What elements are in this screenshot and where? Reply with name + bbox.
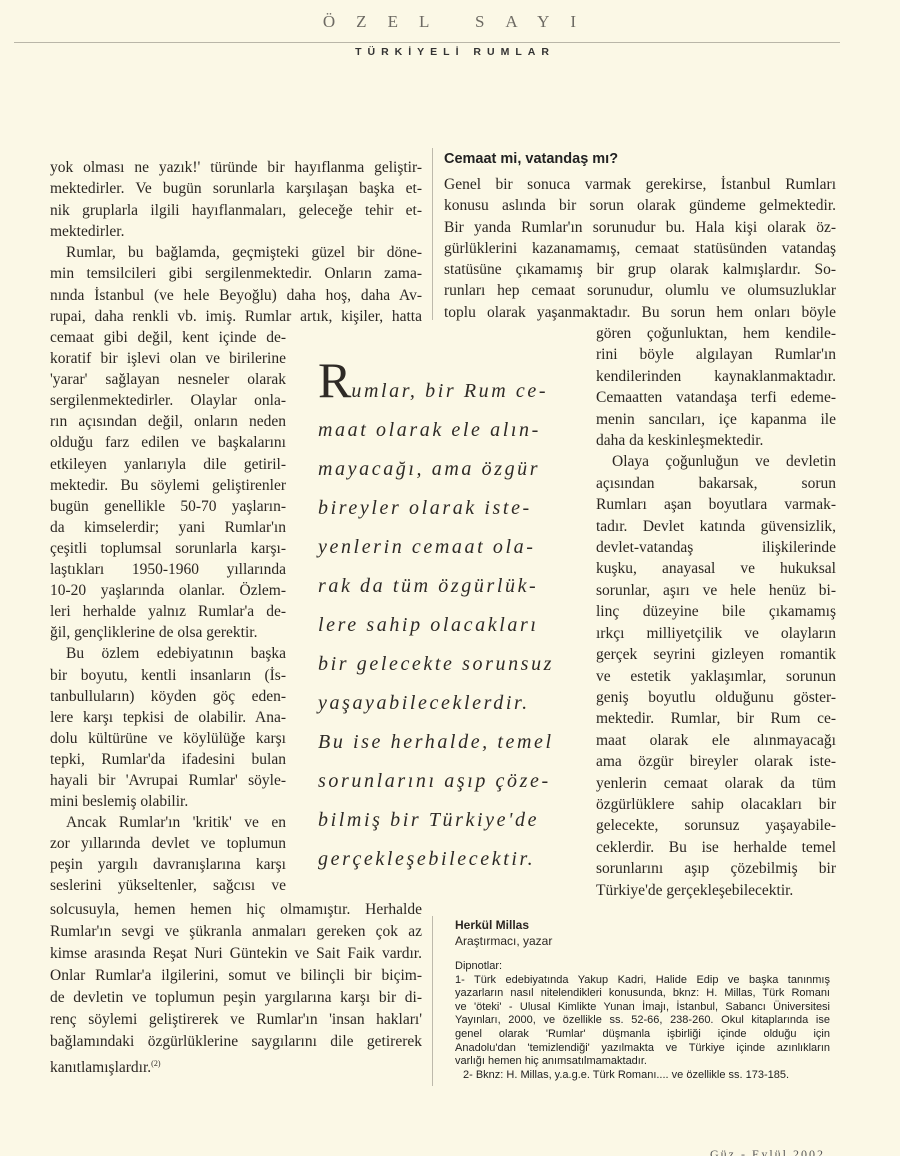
text-line: Bir yanda Rumlar'ın sorunudur bu. Hala k…: [444, 217, 836, 238]
pull-quote-line: yaşayabileceklerdir.: [318, 684, 576, 723]
text-line: mektedirler.: [50, 221, 422, 242]
text-line: kimse arasında Reşat Nuri Güntekin ve Sa…: [50, 943, 422, 965]
pull-quote-line: maat olarak ele alın-: [318, 411, 576, 450]
pull-quote-line: Bu ise herhalde, temel: [318, 723, 576, 762]
pull-quote-line: yenlerin cemaat ola-: [318, 528, 576, 567]
text-line: devlet-vatandaş ilişkilerinde: [596, 537, 836, 558]
text-line-last: kanıtlamışlardır.: [50, 1059, 151, 1076]
text-line: Bu özlem edebiyatının başka: [50, 643, 286, 664]
text-line: özgürlüklere sahip olacakları bir: [596, 794, 836, 815]
text-line: mektedir. Rumlar, bir Rum ce-: [596, 708, 836, 729]
footnote-line: Yayınları, 2000, ve özellikle ss. 52-66,…: [455, 1014, 830, 1028]
text-line: tepki, Rumlar'da ifadesini bulan: [50, 749, 286, 770]
text-line: geniş boyutlu olduğunu göster-: [596, 687, 836, 708]
text-line: kanıtlamışlardır.(2): [50, 1053, 422, 1079]
left-column-top: yok olması ne yazık!' türünde bir hayıfl…: [50, 157, 422, 327]
text-line: nik gruplarla ilgili hayıflanmaları, gel…: [50, 200, 422, 221]
text-line: ğil, gençliklerine de olsa gerektir.: [50, 622, 286, 643]
text-line: yenlerin cemaat olarak da tüm: [596, 773, 836, 794]
footnote-line: ve 'öteki' - Ulusal Kimlikte Yunan İmajı…: [455, 1001, 830, 1015]
text-line: açısından bakarsak, sorun: [596, 473, 836, 494]
section-subtitle: TÜRKİYELİ RUMLAR: [0, 46, 900, 58]
text-line: menin sancıları, içe kapanma ile: [596, 409, 836, 430]
pull-quote-line: lere sahip olacakları: [318, 606, 576, 645]
text-line: Onlar Rumlar'a ilgilerini, somut ve bili…: [50, 965, 422, 987]
text-line: rupai, daha renkli vb. imiş. Rumlar artı…: [50, 306, 422, 327]
text-line: da kimselerdir; yani Rumlar'ın: [50, 517, 286, 538]
footnotes: Dipnotlar: 1- Türk edebiyatında Yakup Ka…: [455, 960, 830, 1082]
text-line: linç düzeyine bile çıkamamış: [596, 601, 836, 622]
text-line: zor yıllarında devlet ve toplumun: [50, 833, 286, 854]
text-line: Genel bir sonuca varmak gerekirse, İstan…: [444, 174, 836, 195]
text-line: çeşitli toplumsal sorunlarla karşı-: [50, 538, 286, 559]
text-line: yok olması ne yazık!' türünde bir hayıfl…: [50, 157, 422, 178]
pull-quote-line: gerçekleşebilecektir.: [318, 840, 576, 879]
text-line: hayali bir 'Avrupai Rumlar' söyle-: [50, 770, 286, 791]
footnote-line: 1- Türk edebiyatında Yakup Kadri, Halide…: [455, 974, 830, 988]
text-line: ve estetik yaklaşımlar, sorunun: [596, 666, 836, 687]
text-line: gürlüklerini kazanamamış, cemaat statüsü…: [444, 238, 836, 259]
author-role: Araştırmacı, yazar: [455, 934, 552, 948]
text-line: Olaya çoğunluğun ve devletin: [596, 451, 836, 472]
text-line: dolu kültürüne ve köylülüğe karşı: [50, 728, 286, 749]
text-line: mektedir. Bu söylemi geliştirenler: [50, 475, 286, 496]
text-line: solcusuyla, hemen hemen hiç olmamıştır. …: [50, 899, 422, 921]
footnote-line: genel olarak 'Rumlar' düşmanla işbirliği…: [455, 1028, 830, 1042]
header-divider: [14, 42, 840, 43]
text-line: statüsüne çıkamamış bir grup olarak kalm…: [444, 259, 836, 280]
text-line: mini beslemiş olabilir.: [50, 791, 286, 812]
pull-quote-line: rak da tüm özgürlük-: [318, 567, 576, 606]
left-column-bottom: solcusuyla, hemen hemen hiç olmamıştır. …: [50, 899, 422, 1079]
section-title: ÖZEL SAYI: [0, 12, 900, 32]
section-heading: Cemaat mi, vatandaş mı?: [444, 151, 618, 167]
text-line: Ancak Rumlar'ın 'kritik' ve en: [50, 812, 286, 833]
column-divider-bottom: [432, 916, 433, 1086]
pull-quote-line: bilmiş bir Türkiye'de: [318, 801, 576, 840]
text-line: gelecekte, sorunsuz yaşayabile-: [596, 815, 836, 836]
text-line: nında İstanbul (ve hele Beyoğlu) daha ho…: [50, 285, 422, 306]
author-name: Herkül Millas: [455, 918, 552, 932]
footnote-line: 2- Bknz: H. Millas, y.a.g.e. Türk Romanı…: [455, 1069, 830, 1083]
text-line: runları hep cemaat sorunudur, olumlu ve …: [444, 280, 836, 301]
footnote-line: Anadolu'dan 'temizlendiği' yazılmakta ve…: [455, 1042, 830, 1056]
text-line: sorunlar, aşırı ve hele henüz bi-: [596, 580, 836, 601]
byline: Herkül Millas Araştırmacı, yazar: [455, 918, 552, 948]
text-line: seslerini yükseltenler, sağcısı ve: [50, 875, 286, 896]
text-line: ceklerdir. Bu ise herhalde temel: [596, 837, 836, 858]
text-line: cemaat gibi değil, kent içinde de-: [50, 327, 286, 348]
text-line: mektedirler. Ve bugün sorunlarla karşıla…: [50, 178, 422, 199]
text-line: Rumları aşan boyutlara varmak-: [596, 494, 836, 515]
left-column-narrow: cemaat gibi değil, kent içinde de- korat…: [50, 327, 286, 897]
text-line: tadır. Devlet katında güvensizlik,: [596, 516, 836, 537]
column-divider-top: [432, 148, 433, 320]
pull-quote: Rumlar, bir Rum ce- maat olarak ele alın…: [318, 360, 576, 879]
pull-quote-line: mayacağı, ama özgür: [318, 450, 576, 489]
text-line: kendilerinden kaynaklanmaktadır.: [596, 366, 836, 387]
text-line: rın açısından değil, onların neden: [50, 411, 286, 432]
pull-quote-first-line: umlar, bir Rum ce-: [351, 380, 548, 402]
text-line: ırkçı milliyetçilik ve olayların: [596, 623, 836, 644]
text-line: daha da keskinleşmektedir.: [596, 430, 836, 451]
footnotes-heading: Dipnotlar:: [455, 960, 830, 974]
footnote-line: varlığı hemen hiç anımsatılmamaktadır.: [455, 1055, 830, 1069]
text-line: bir boyutu, kentli insanların (İs-: [50, 665, 286, 686]
text-line: bağlamındaki özgürlüklerine saygılarını …: [50, 1031, 422, 1053]
text-line: gören çoğunluktan, hem kendile-: [596, 323, 836, 344]
text-line: rini böyle algılayan Rumlar'ın: [596, 344, 836, 365]
footnote-ref[interactable]: (2): [151, 1059, 160, 1068]
text-line: kuşku, anayasal ve hukuksal: [596, 558, 836, 579]
text-line: min temsilcileri gibi sergilenmektedir. …: [50, 263, 422, 284]
right-column-top: Genel bir sonuca varmak gerekirse, İstan…: [444, 174, 836, 323]
text-line: Rumlar'ın sevgi ve şükranla anmaları ger…: [50, 921, 422, 943]
text-line: Cemaatten vatandaşa terfi edeme-: [596, 387, 836, 408]
text-line: leri herhalde yalnız Rumlar'a de-: [50, 601, 286, 622]
text-line: konusu aslında bir sorun olarak gündeme …: [444, 195, 836, 216]
text-line: laştıkları 1950-1960 yıllarında: [50, 559, 286, 580]
text-line: etkileyen yanlarıyla dile getiril-: [50, 454, 286, 475]
text-line: ama özgür bireyler olarak iste-: [596, 751, 836, 772]
text-line: bugün genellikle 50-70 yaşların-: [50, 496, 286, 517]
text-line: 'yarar' sağlayan nesneler olarak: [50, 369, 286, 390]
text-line: toplu olarak yaşanmaktadır. Bu sorun hem…: [444, 302, 836, 323]
drop-cap: R: [318, 352, 351, 408]
right-column-narrow: gören çoğunluktan, hem kendile- rini böy…: [596, 323, 836, 901]
pull-quote-line: bireyler olarak iste-: [318, 489, 576, 528]
text-line: Rumlar, bu bağlamda, geçmişteki güzel bi…: [50, 242, 422, 263]
text-line: tanbulluların) köyden göç eden-: [50, 686, 286, 707]
issue-footer: Güz - Eylül 2002: [710, 1147, 825, 1156]
text-line: koratif bir işlevi olan ve birilerine: [50, 348, 286, 369]
text-line: maat olarak ele alınmayacağı: [596, 730, 836, 751]
text-line: Türkiye'de gerçekleşebilecektir.: [596, 880, 836, 901]
text-line: de devletin ve toplumun peşin yargıların…: [50, 987, 422, 1009]
footnote-line: yazarların nasıl nitelendikleri konusund…: [455, 987, 830, 1001]
text-line: sergilenmektedirler. Olaylar onla-: [50, 390, 286, 411]
text-line: 10-20 yaşlarında olanlar. Özlem-: [50, 580, 286, 601]
text-line: renç söylemi geliştirerek ve Rumlar'ın '…: [50, 1009, 422, 1031]
text-line: lere karşı tepkisi de olabilir. Ana-: [50, 707, 286, 728]
text-line: olduğu farz edilen ve başkalarını: [50, 432, 286, 453]
text-line: peşin yargılı davranışlarına karşı: [50, 854, 286, 875]
pull-quote-line: sorunlarını aşıp çöze-: [318, 762, 576, 801]
pull-quote-line: Rumlar, bir Rum ce-: [318, 360, 576, 411]
pull-quote-line: bir gelecekte sorunsuz: [318, 645, 576, 684]
text-line: gerçek seyrini gizleyen romantik: [596, 644, 836, 665]
text-line: sorunlarını aşıp çözebilmiş bir: [596, 858, 836, 879]
